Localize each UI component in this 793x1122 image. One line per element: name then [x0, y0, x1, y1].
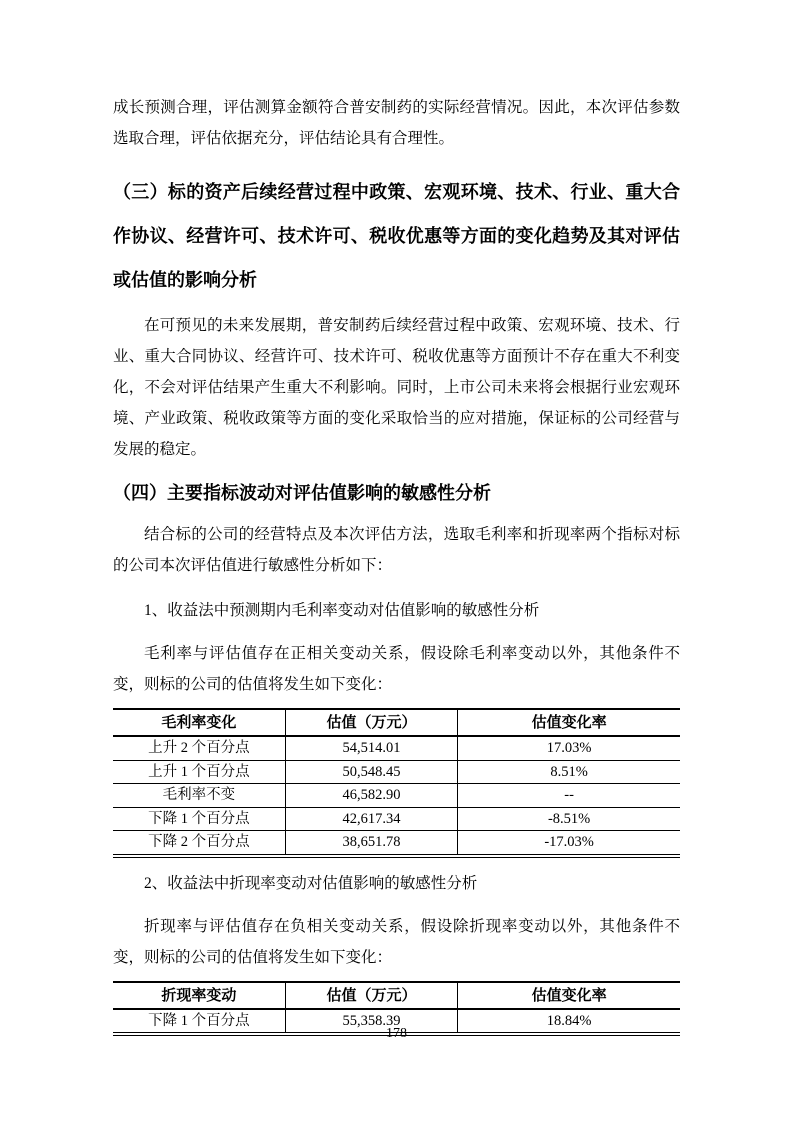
cell-change-label: 上升 1 个百分点: [113, 760, 285, 784]
column-header-valuation: 估值（万元）: [285, 709, 457, 736]
page-number: 178: [0, 1024, 793, 1044]
cell-valuation: 50,548.45: [285, 760, 457, 784]
gross-margin-sensitivity-table: 毛利率变化 估值（万元） 估值变化率 上升 2 个百分点 54,514.01 1…: [113, 708, 680, 858]
table-row: 下降 2 个百分点 38,651.78 -17.03%: [113, 831, 680, 856]
cell-change-label: 下降 1 个百分点: [113, 807, 285, 831]
cell-change-label: 下降 2 个百分点: [113, 831, 285, 856]
cell-change-rate: --: [458, 784, 680, 808]
heading-section-3: （三）标的资产后续经营过程中政策、宏观环境、技术、行业、重大合作协议、经营许可、…: [113, 170, 680, 302]
table-header-row: 毛利率变化 估值（万元） 估值变化率: [113, 709, 680, 736]
heading-section-4: （四）主要指标波动对评估值影响的敏感性分析: [113, 477, 680, 509]
subheading-gross-margin-analysis: 1、收益法中预测期内毛利率变动对估值影响的敏感性分析: [113, 595, 680, 626]
cell-change-rate: -8.51%: [458, 807, 680, 831]
cell-valuation: 54,514.01: [285, 736, 457, 760]
column-header-valuation: 估值（万元）: [285, 982, 457, 1009]
column-header-gross-margin-change: 毛利率变化: [113, 709, 285, 736]
table-row: 上升 1 个百分点 50,548.45 8.51%: [113, 760, 680, 784]
cell-change-label: 毛利率不变: [113, 784, 285, 808]
table-row: 上升 2 个百分点 54,514.01 17.03%: [113, 736, 680, 760]
cell-change-rate: 8.51%: [458, 760, 680, 784]
table-row: 下降 1 个百分点 42,617.34 -8.51%: [113, 807, 680, 831]
document-page: 成长预测合理，评估测算金额符合普安制药的实际经营情况。因此，本次评估参数选取合理…: [0, 0, 793, 1122]
table-header-row: 折现率变动 估值（万元） 估值变化率: [113, 982, 680, 1009]
cell-valuation: 38,651.78: [285, 831, 457, 856]
cell-change-rate: -17.03%: [458, 831, 680, 856]
cell-change-label: 上升 2 个百分点: [113, 736, 285, 760]
cell-valuation: 46,582.90: [285, 784, 457, 808]
paragraph-section-3: 在可预见的未来发展期，普安制药后续经营过程中政策、宏观环境、技术、行业、重大合同…: [113, 310, 680, 465]
cell-valuation: 42,617.34: [285, 807, 457, 831]
cell-change-rate: 17.03%: [458, 736, 680, 760]
paragraph-conclusion-continuation: 成长预测合理，评估测算金额符合普安制药的实际经营情况。因此，本次评估参数选取合理…: [113, 92, 680, 154]
paragraph-gross-margin-analysis: 毛利率与评估值存在正相关变动关系，假设除毛利率变动以外，其他条件不变，则标的公司…: [113, 638, 680, 700]
column-header-valuation-change-rate: 估值变化率: [458, 982, 680, 1009]
table-row: 毛利率不变 46,582.90 --: [113, 784, 680, 808]
paragraph-section-4-intro: 结合标的公司的经营特点及本次评估方法，选取毛利率和折现率两个指标对标的公司本次评…: [113, 519, 680, 581]
column-header-valuation-change-rate: 估值变化率: [458, 709, 680, 736]
subheading-discount-rate-analysis: 2、收益法中折现率变动对估值影响的敏感性分析: [113, 868, 680, 899]
paragraph-discount-rate-analysis: 折现率与评估值存在负相关变动关系，假设除折现率变动以外，其他条件不变，则标的公司…: [113, 911, 680, 973]
column-header-discount-rate-change: 折现率变动: [113, 982, 285, 1009]
